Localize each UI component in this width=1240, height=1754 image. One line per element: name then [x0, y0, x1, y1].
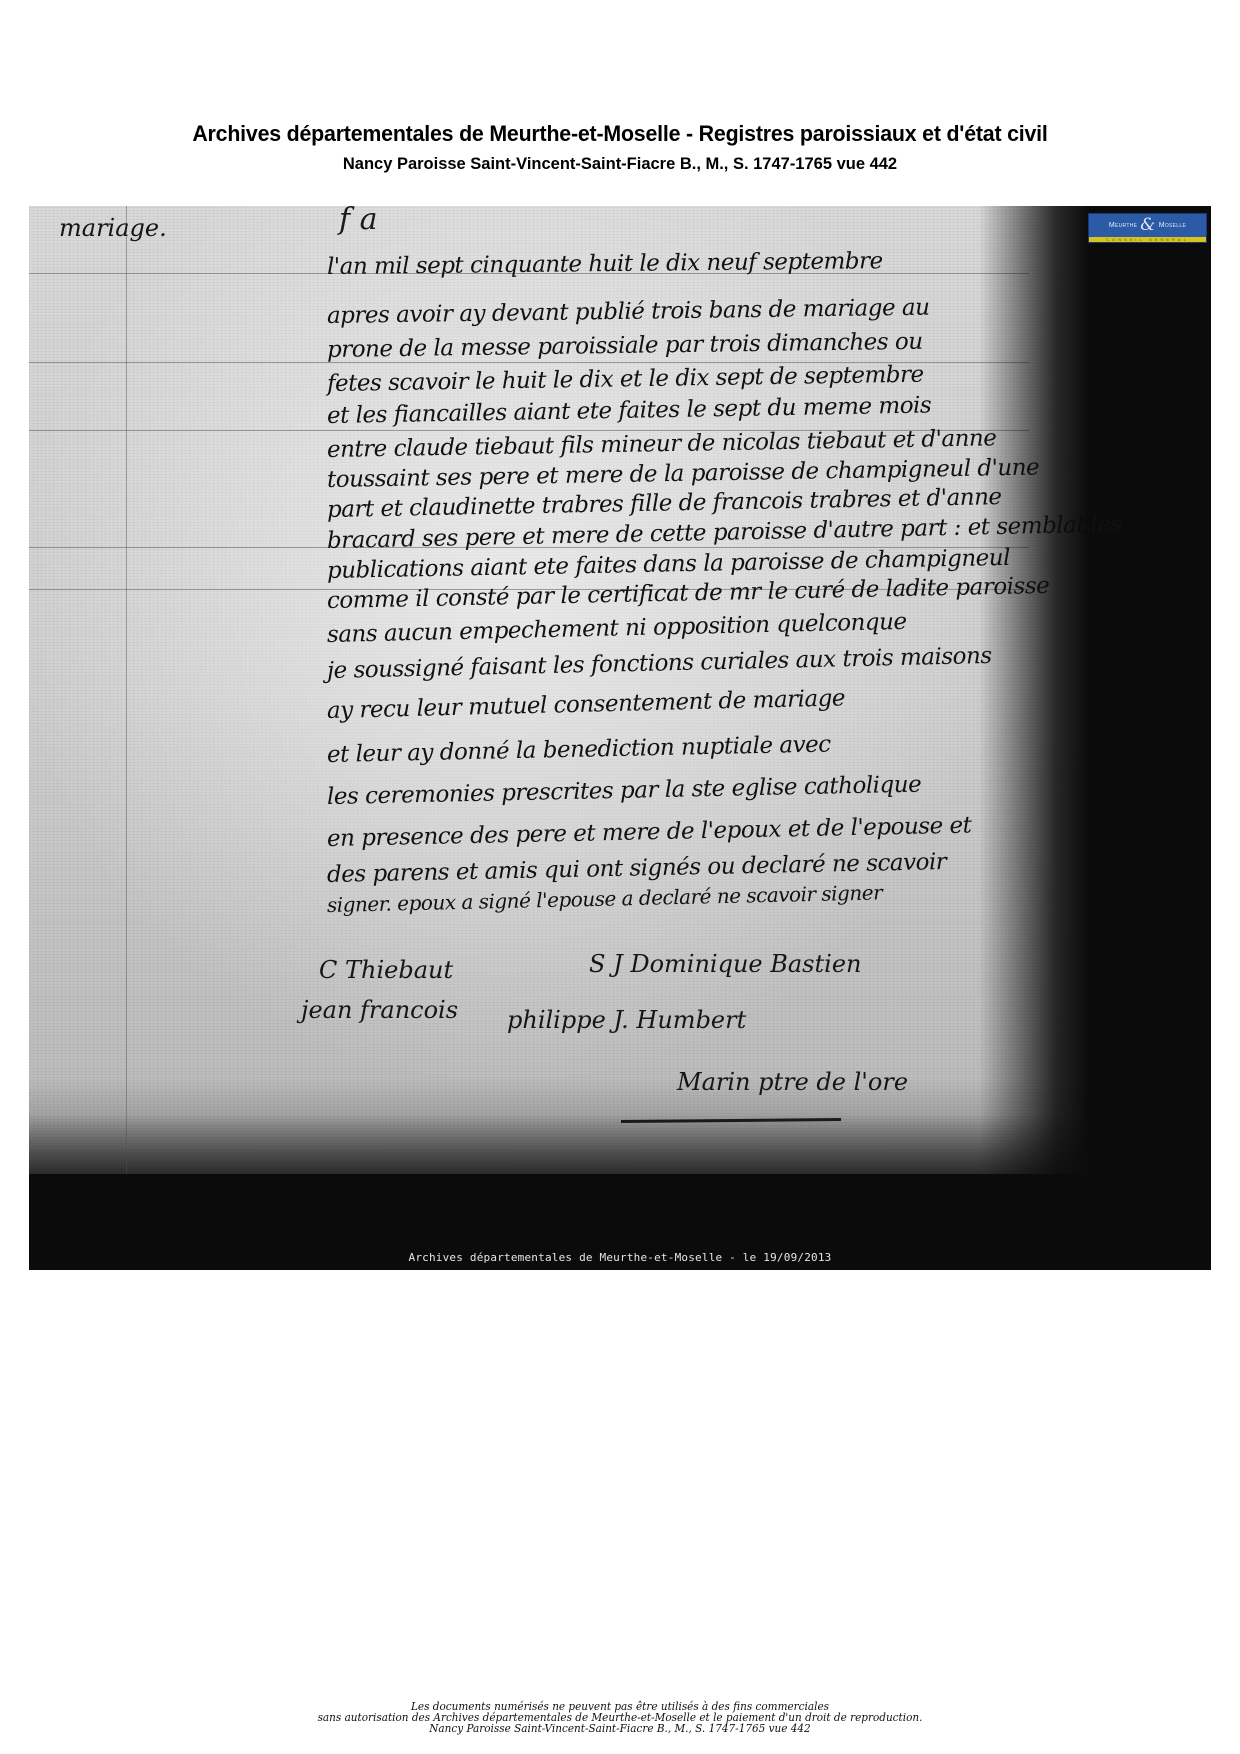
handwriting-line: prone de la messe paroissiale par trois …: [327, 326, 1087, 363]
signature: jean francois: [301, 996, 458, 1024]
margin-note: mariage.: [59, 214, 167, 242]
handwriting-line: et leur ay donné la benediction nuptiale…: [327, 726, 1087, 768]
handwriting-line: ay recu leur mutuel consentement de mari…: [327, 679, 1087, 724]
meurthe-et-moselle-logo: Meurthe & Moselle CONSEIL GENERAL: [1088, 213, 1207, 243]
paper-page: mariage. f a l'an mil sept cinquante hui…: [29, 206, 1089, 1174]
handwriting-line: apres avoir ay devant publié trois bans …: [327, 292, 1087, 329]
handwriting-line: les ceremonies prescrites par la ste egl…: [327, 768, 1087, 810]
register-scan-image: mariage. f a l'an mil sept cinquante hui…: [29, 206, 1211, 1270]
handwriting-line: et les fiancailles aiant ete faites le s…: [327, 390, 1087, 429]
page-title: Archives départementales de Meurthe-et-M…: [19, 121, 1222, 147]
logo-band: CONSEIL GENERAL: [1089, 237, 1206, 242]
signature: C Thiebaut: [319, 956, 453, 984]
handwriting-line: en presence des pere et mere de l'epoux …: [327, 810, 1087, 852]
handwriting-line: je soussigné faisant les fonctions curia…: [327, 641, 1087, 684]
header-scribble: f a: [339, 206, 378, 237]
logo-right-word: Moselle: [1159, 222, 1186, 229]
signature: S J Dominique Bastien: [589, 950, 861, 978]
footer-line-3: Nancy Paroisse Saint-Vincent-Saint-Fiacr…: [31, 1723, 1209, 1734]
footer-notice: Les documents numérisés ne peuvent pas ê…: [0, 1701, 1240, 1734]
signature-underline: [621, 1118, 841, 1123]
signature: philippe J. Humbert: [507, 1006, 746, 1034]
ampersand-icon: &: [1140, 217, 1155, 234]
scan-caption: Archives départementales de Meurthe-et-M…: [29, 1251, 1211, 1264]
handwriting-line: l'an mil sept cinquante huit le dix neuf…: [327, 246, 1087, 280]
signature: Marin ptre de l'ore: [677, 1068, 908, 1096]
logo-left-word: Meurthe: [1109, 222, 1137, 229]
fold-line: [126, 206, 127, 1174]
page-subtitle: Nancy Paroisse Saint-Vincent-Saint-Fiacr…: [19, 154, 1222, 174]
